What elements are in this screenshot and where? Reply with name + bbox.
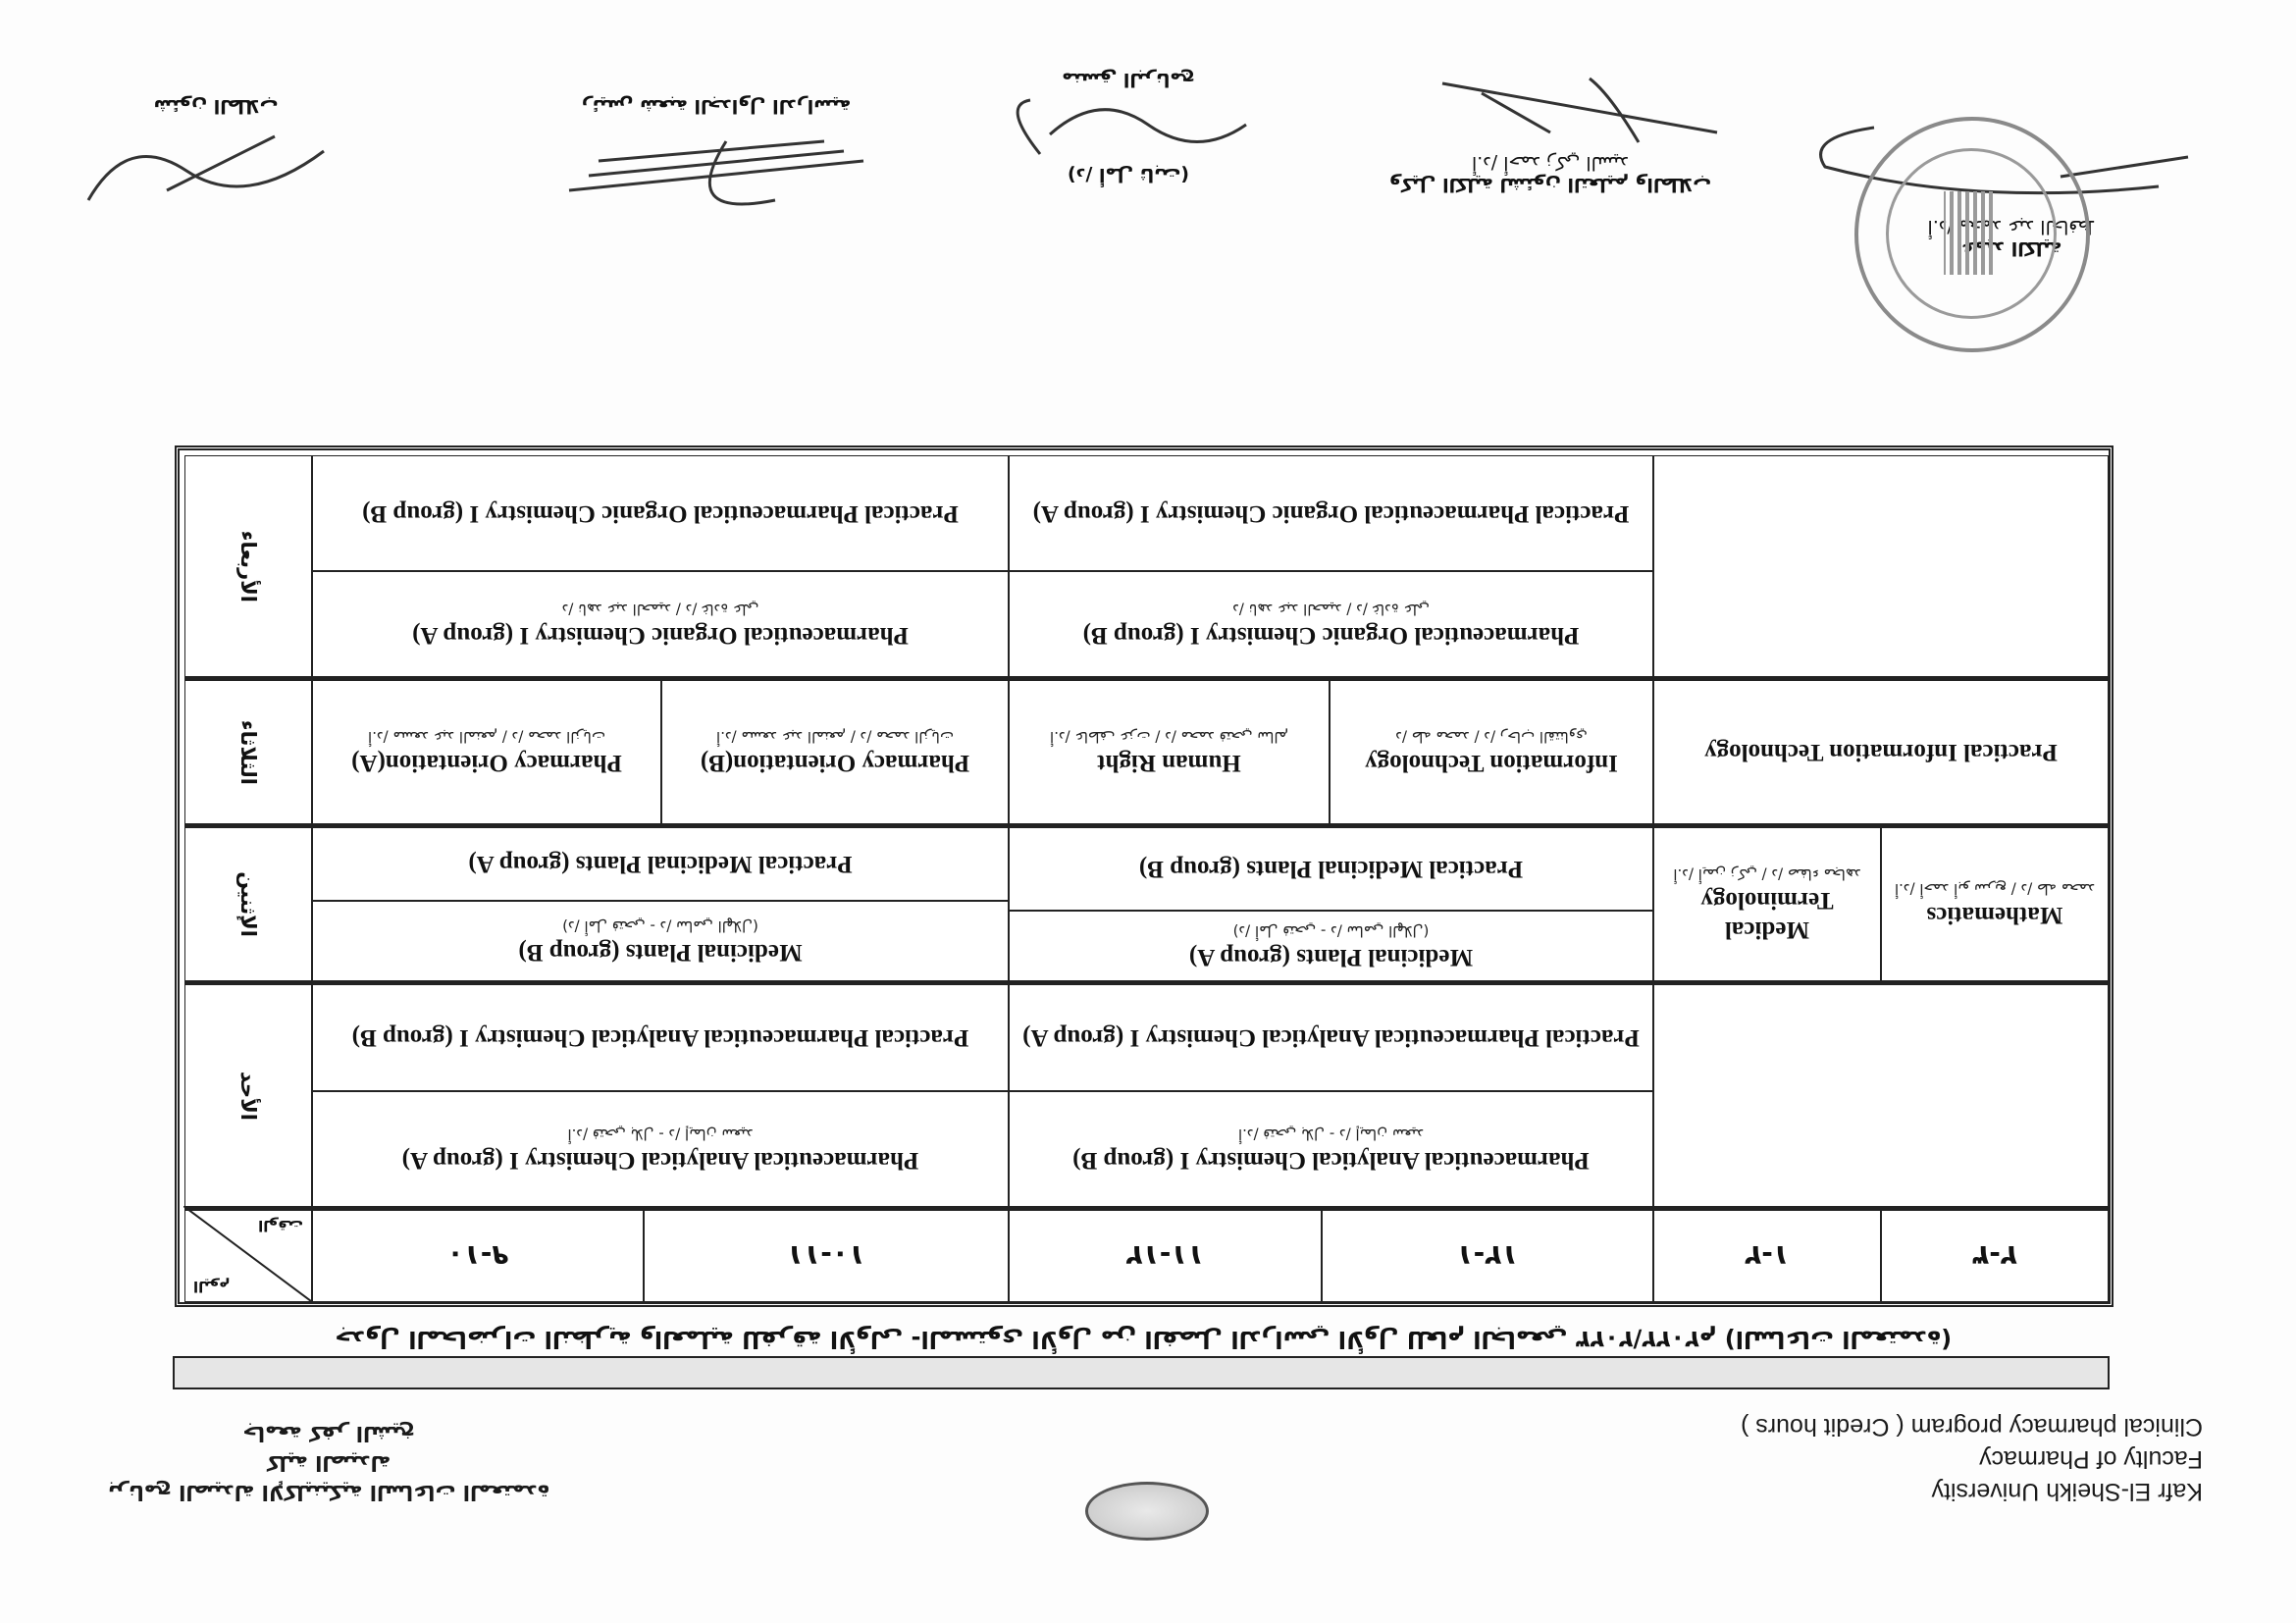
program-name: Clinical pharmacy program ( Credit hours… bbox=[1516, 1410, 2203, 1442]
signature-scribble-icon bbox=[510, 122, 922, 230]
sunday-group-b-lecture: Pharmaceutical Analytical Chemistry I (g… bbox=[1009, 1091, 1653, 1207]
day-monday: الإثنين bbox=[184, 824, 312, 981]
ar-university-name: برنامج الصيدلة الإكلينيكية الساعات المعت… bbox=[108, 1478, 549, 1507]
course-name: Practical Pharmaceutical Analytical Chem… bbox=[352, 1023, 969, 1053]
time-slot-4: ١-١٢ bbox=[1322, 1207, 1653, 1302]
time-label: ٢-١ bbox=[1745, 1240, 1790, 1273]
wednesday-organic-a: Pharmaceutical Organic Chemistry I (grou… bbox=[312, 571, 1009, 677]
course-name: Medicinal Plants (group B) bbox=[518, 937, 802, 967]
time-label: ١١-١٠ bbox=[787, 1240, 865, 1273]
course-name: Pharmaceutical Analytical Chemistry I (g… bbox=[402, 1145, 919, 1175]
course-name: Practical Pharmaceutical Organic Chemist… bbox=[362, 498, 959, 528]
course-name: Pharmacy Orientation(A) bbox=[351, 749, 622, 778]
wednesday-organic-b: Pharmaceutical Organic Chemistry I (grou… bbox=[1009, 571, 1653, 677]
day-label: الأحد bbox=[236, 1071, 260, 1120]
tuesday-information-technology: Information Technology د/ طه محمد / د/ ر… bbox=[1330, 677, 1653, 824]
instructor-name: أ.د/ أحمد أبو سريع / د/ طه محمد bbox=[1895, 879, 2095, 901]
signature-schedules: رئيس شعبة الجداول الدراسية bbox=[510, 95, 922, 230]
timetable-grid: اليوم الوقت ١٠-٩ ١١-١٠ ١٢-١١ ١-١٢ ٢-١ ٣-… bbox=[184, 450, 2109, 1302]
instructor-name: أ.د/ أيمن زكي / د/ صفاء مجاهد bbox=[1673, 864, 1860, 886]
monday-practical-plants-a: Practical Medicinal Plants (group A) bbox=[312, 824, 1009, 901]
course-name: Pharmacy Orientation(B) bbox=[701, 749, 969, 778]
signature-coordinator: (د/ أمل ثابت) منسق البرنامج bbox=[971, 69, 1285, 254]
signature-name: (د/ أمل ثابت) bbox=[971, 164, 1285, 185]
instructor-name: أ.د/ عاطف عزت / د/ محمد فتحي سالم bbox=[1050, 727, 1288, 749]
time-slot-2: ١١-١٠ bbox=[644, 1207, 1009, 1302]
signature-scribble-icon bbox=[69, 122, 363, 230]
signature-dean: شئون الطلاب bbox=[69, 95, 363, 230]
signature-scribble-icon bbox=[971, 95, 1285, 164]
instructor-name: أ.د/ مسعد عبد المنعم / د/ محمد الزيات bbox=[368, 727, 605, 749]
sunday-group-a-practical: Practical Pharmaceutical Analytical Chem… bbox=[1009, 981, 1653, 1091]
wednesday-empty-slot bbox=[1653, 455, 2109, 677]
university-name: Kafr El-Sheikh University bbox=[1516, 1475, 2203, 1507]
time-label: ١٢-١١ bbox=[1126, 1240, 1205, 1273]
time-slot-1: ١٠-٩ bbox=[312, 1207, 644, 1302]
signature-scribble-icon bbox=[1325, 74, 1776, 152]
ar-program-name: جامعة كفر الشيخ bbox=[108, 1419, 549, 1448]
instructor-name: د/ ناهد عبد الحميد / د/ غادة علي bbox=[562, 599, 759, 620]
time-slot-6: ٣-٢ bbox=[1881, 1207, 2109, 1302]
signature-title: وكيل الكلية لشئون التعليم والطلاب bbox=[1325, 174, 1776, 195]
course-name: Information Technology bbox=[1365, 749, 1618, 778]
monday-mathematics: Mathematics أ.د/ أحمد أبو سريع / د/ طه م… bbox=[1881, 824, 2109, 981]
instructor-name: د/ طه محمد / د/ رحاب القتناوي bbox=[1395, 727, 1588, 749]
time-label: ١٠-٩ bbox=[447, 1240, 509, 1273]
scanned-timetable-page: Kafr El-Sheikh University Faculty of Pha… bbox=[0, 0, 2296, 1623]
course-name: Mathematics bbox=[1927, 901, 2063, 930]
course-name: Practical Information Technology bbox=[1704, 738, 2058, 767]
tuesday-orientation-a: Pharmacy Orientation(A) أ.د/ مسعد عبد ال… bbox=[312, 677, 661, 824]
signature-title: منسق البرنامج bbox=[971, 69, 1285, 90]
time-slot-5: ٢-١ bbox=[1653, 1207, 1881, 1302]
university-logo-icon bbox=[1085, 1482, 1209, 1541]
time-label: ٣-٢ bbox=[1972, 1240, 2017, 1273]
course-name: Practical Pharmaceutical Analytical Chem… bbox=[1022, 1023, 1640, 1053]
faculty-seal-icon bbox=[1854, 117, 2090, 352]
instructor-name: أ.د/ فتحي بلال - د/ إيمان سعيد bbox=[567, 1124, 753, 1145]
page-title: جدول المحاضرات النظرية والعملية للفرقة ا… bbox=[177, 1326, 2110, 1353]
sunday-group-a-lecture: Pharmaceutical Analytical Chemistry I (g… bbox=[312, 1091, 1009, 1207]
signature-vice-dean: وكيل الكلية لشئون التعليم والطلاب أ.د/ أ… bbox=[1325, 69, 1776, 254]
eagle-emblem-icon bbox=[1944, 191, 1993, 275]
instructor-name: أ.د/ مسعد عبد المنعم / د/ محمد الزيات bbox=[716, 727, 954, 749]
course-name: Medical Terminology bbox=[1664, 886, 1870, 945]
sunday-empty-slot bbox=[1653, 981, 2109, 1207]
monday-medicinal-plants-b: Medicinal Plants (group B) (د/ أمل فتحي … bbox=[312, 901, 1009, 981]
course-name: Human Right bbox=[1097, 749, 1241, 778]
course-name: Practical Pharmaceutical Organic Chemist… bbox=[1033, 498, 1630, 528]
signature-title: شئون الطلاب bbox=[69, 95, 363, 117]
course-name: Medicinal Plants (group A) bbox=[1189, 942, 1473, 971]
monday-medicinal-plants-a: Medicinal Plants (group A) (د/ أمل فتحي … bbox=[1009, 911, 1653, 981]
day-wednesday: الأربعاء bbox=[184, 455, 312, 677]
wednesday-practical-organic-b: Practical Pharmaceutical Organic Chemist… bbox=[312, 455, 1009, 571]
course-name: Practical Medicinal Plants (group B) bbox=[1139, 855, 1523, 884]
course-name: Pharmaceutical Organic Chemistry I (grou… bbox=[412, 620, 909, 650]
course-name: Pharmaceutical Analytical Chemistry I (g… bbox=[1072, 1145, 1590, 1175]
wednesday-practical-organic-a: Practical Pharmaceutical Organic Chemist… bbox=[1009, 455, 1653, 571]
time-label: ١-١٢ bbox=[1457, 1240, 1519, 1273]
tuesday-practical-it: Practical Information Technology bbox=[1653, 677, 2109, 824]
header-arabic: برنامج الصيدلة الإكلينيكية الساعات المعت… bbox=[108, 1419, 549, 1507]
time-slot-3: ١٢-١١ bbox=[1009, 1207, 1322, 1302]
corner-cell: اليوم الوقت bbox=[184, 1207, 312, 1302]
ar-faculty-name: كلية الصيدلة bbox=[108, 1448, 549, 1478]
signature-name: أ.د/ أحمد زكي السيد bbox=[1325, 152, 1776, 174]
corner-time-label: الوقت bbox=[258, 1217, 303, 1234]
faculty-name: Faculty of Pharmacy bbox=[1516, 1442, 2203, 1475]
tuesday-human-right: Human Right أ.د/ عاطف عزت / د/ محمد فتحي… bbox=[1009, 677, 1330, 824]
title-bar bbox=[173, 1356, 2110, 1389]
day-label: الأربعاء bbox=[236, 530, 260, 602]
course-name: Pharmaceutical Organic Chemistry I (grou… bbox=[1083, 620, 1580, 650]
day-sunday: الأحد bbox=[184, 981, 312, 1207]
signature-title: رئيس شعبة الجداول الدراسية bbox=[510, 95, 922, 117]
instructor-name: (د/ أمل فتحي - د/ سامي الهلال) bbox=[562, 916, 758, 937]
monday-medical-terminology: Medical Terminology أ.د/ أيمن زكي / د/ ص… bbox=[1653, 824, 1881, 981]
header-english: Kafr El-Sheikh University Faculty of Pha… bbox=[1516, 1410, 2203, 1507]
instructor-name: أ.د/ فتحي بلال - د/ إيمان سعيد bbox=[1238, 1124, 1424, 1145]
day-label: الإثنين bbox=[236, 871, 260, 937]
monday-practical-plants-b: Practical Medicinal Plants (group B) bbox=[1009, 824, 1653, 911]
tuesday-orientation-b: Pharmacy Orientation(B) أ.د/ مسعد عبد ال… bbox=[661, 677, 1009, 824]
course-name: Practical Medicinal Plants (group A) bbox=[468, 850, 852, 879]
day-tuesday: الثلاثاء bbox=[184, 677, 312, 824]
sunday-group-b-practical: Practical Pharmaceutical Analytical Chem… bbox=[312, 981, 1009, 1091]
instructor-name: د/ ناهد عبد الحميد / د/ غادة علي bbox=[1232, 599, 1430, 620]
day-label: الثلاثاء bbox=[236, 719, 260, 784]
instructor-name: (د/ أمل فتحي - د/ سامي الهلال) bbox=[1233, 920, 1430, 942]
corner-day-label: اليوم bbox=[193, 1278, 230, 1295]
